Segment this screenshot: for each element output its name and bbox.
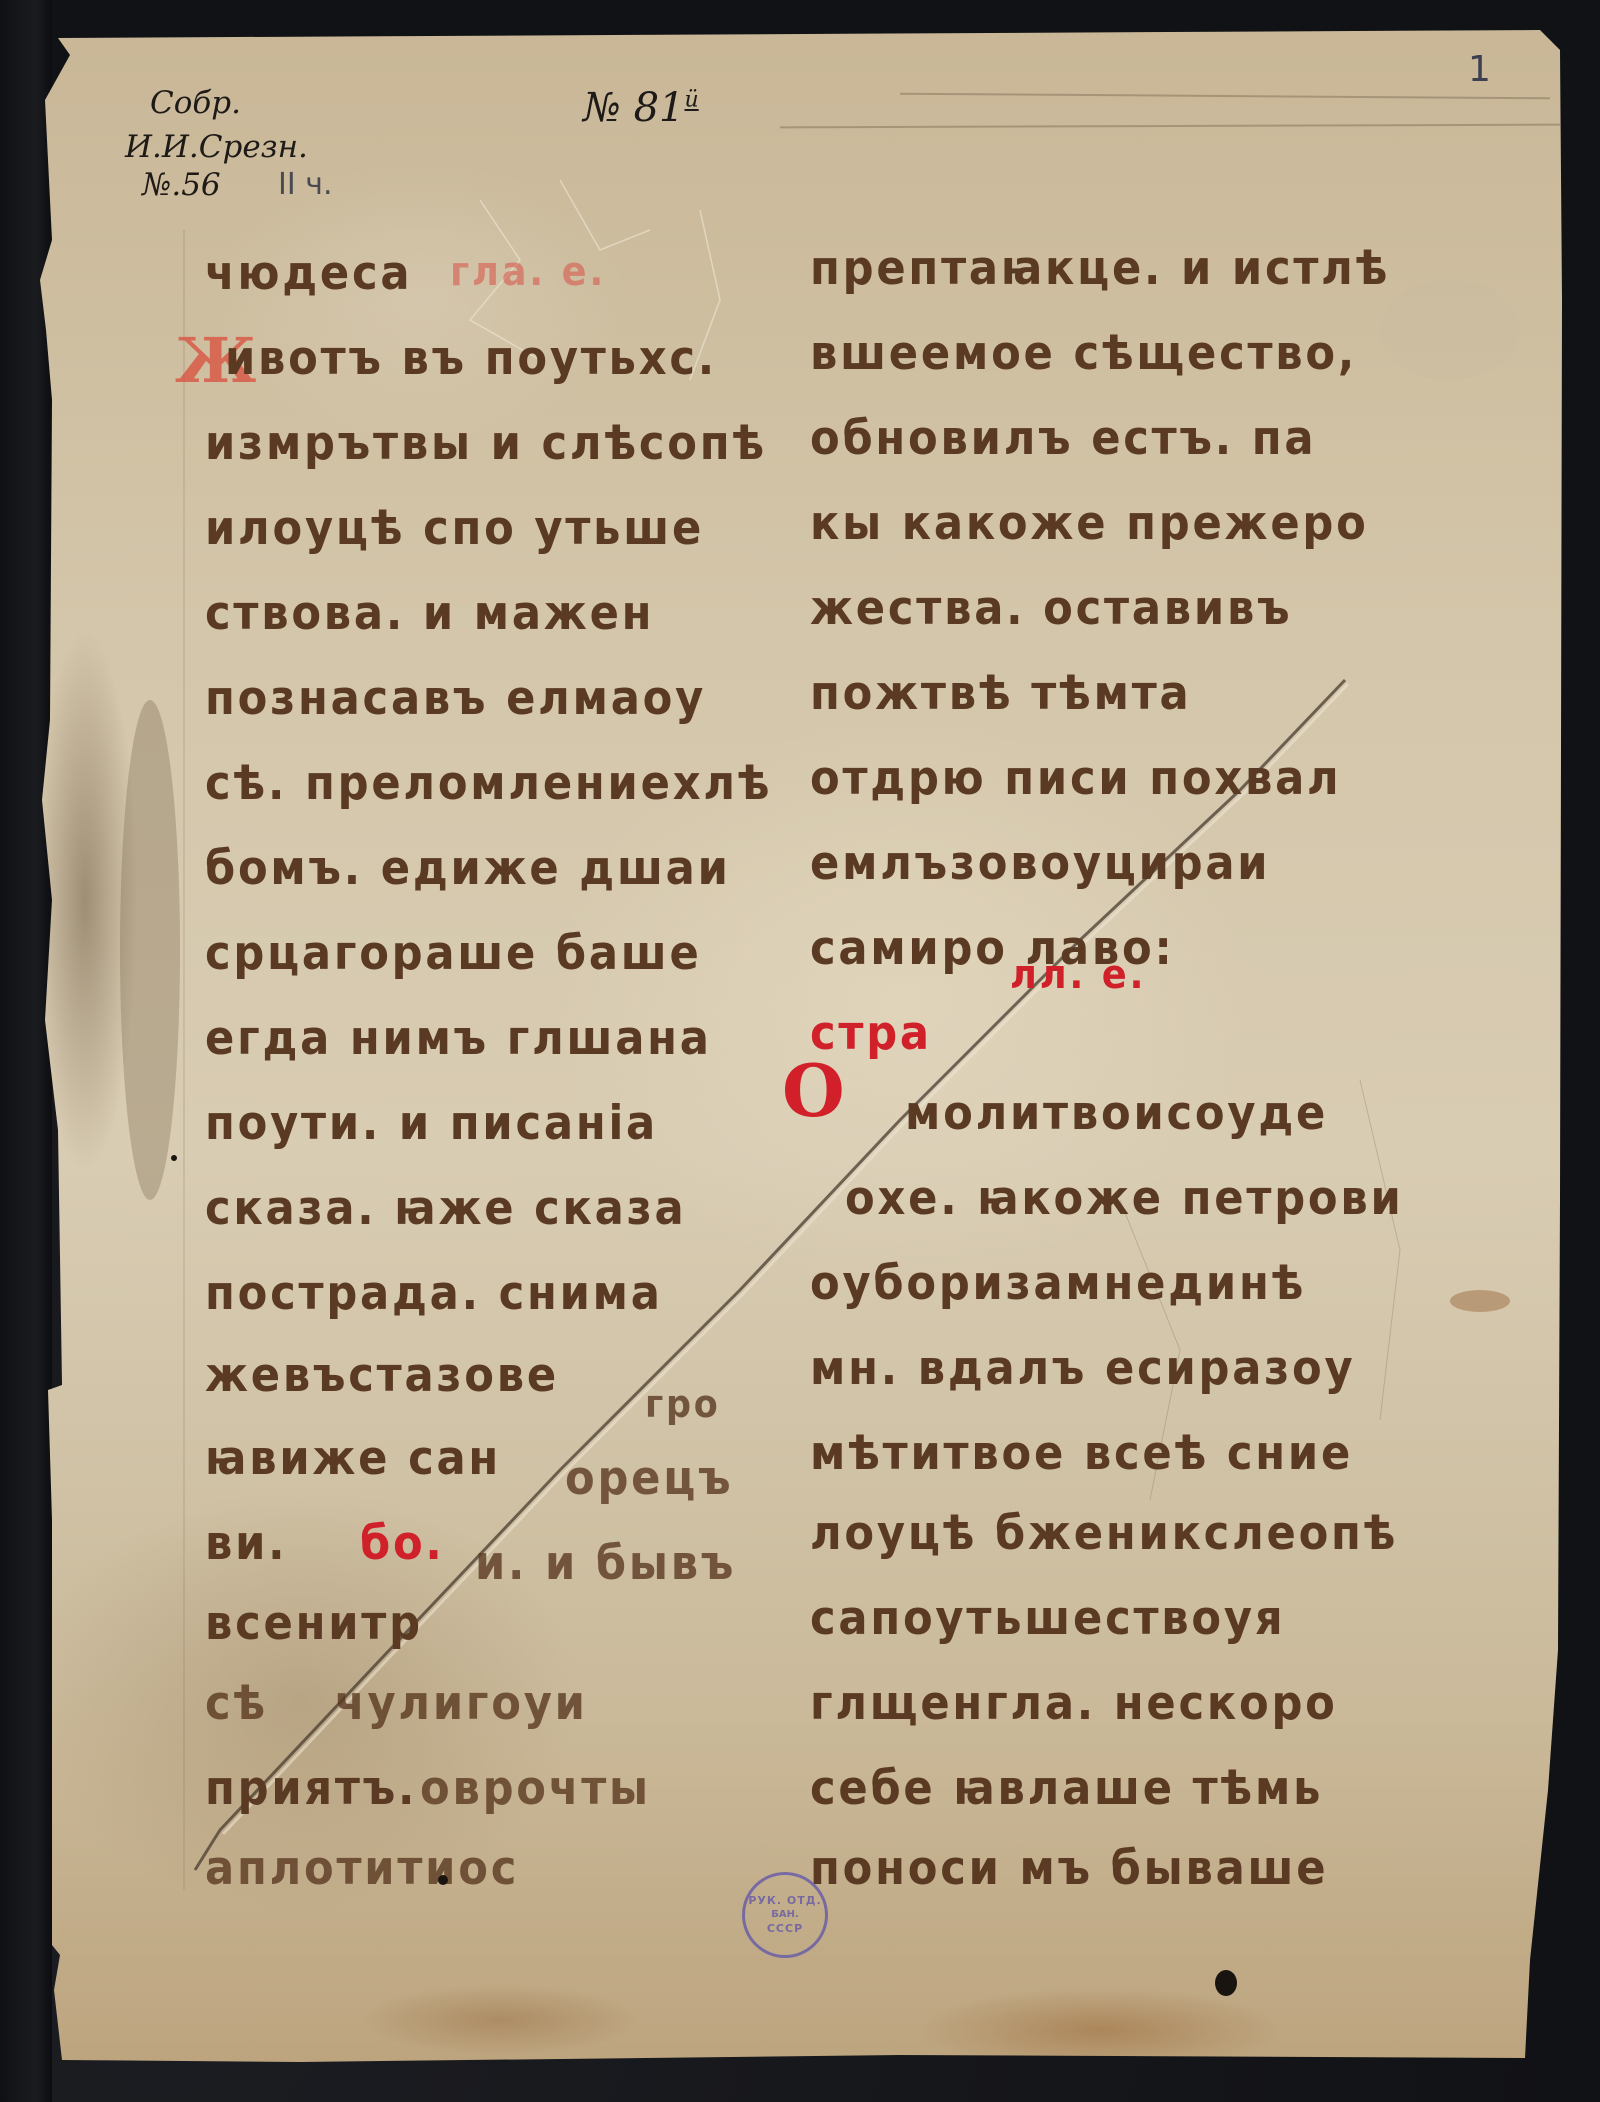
top-ruling-line <box>900 93 1550 100</box>
left-rubric-header: гла. е. <box>450 252 606 292</box>
stain <box>1450 1290 1510 1312</box>
left-line-19-fragment: оврочты <box>420 1765 651 1812</box>
right-line-17: сапоутьшествоуя <box>810 1595 1285 1642</box>
right-line-12: охе. ꙗкоже петрови <box>845 1175 1404 1222</box>
ink-blot <box>1215 1970 1237 1996</box>
right-line-14: мн. вдалъ есиразоу <box>810 1345 1355 1392</box>
right-line-20: поноси мъ бываше <box>810 1845 1328 1892</box>
right-line-11: молитвоисоуде <box>905 1090 1328 1137</box>
left-line-9: срцагораше баше <box>205 930 702 977</box>
part-mark: II ч. <box>278 170 333 200</box>
stamp-bottom-text: СССР <box>767 1923 803 1936</box>
right-line-4: кы какоже прежеро <box>810 500 1369 547</box>
right-line-2: вшеемое сѣщество, <box>810 330 1357 377</box>
item-number-text: № 81 <box>583 85 684 131</box>
left-line-6: познасавъ елмаоу <box>205 675 706 722</box>
right-line-5: жества. оставивъ <box>810 585 1292 632</box>
left-line-12: сказа. ꙗже сказа <box>205 1185 686 1232</box>
left-line-7: сѣ. преломлениехлѣ <box>205 760 772 807</box>
left-line-10: егда нимъ глшана <box>205 1015 712 1062</box>
right-line-7: отдрю писи похвал <box>810 755 1342 802</box>
left-line-13: пострада. снима <box>205 1270 663 1317</box>
right-line-1: прептаꙗкце. и истлѣ <box>810 245 1390 292</box>
stamp-middle-text: БАН. <box>771 1909 799 1921</box>
left-line-15: ꙗвиже сан <box>205 1435 501 1482</box>
ink-dot <box>171 1155 177 1161</box>
left-line-11: поути. и писанiа <box>205 1100 658 1147</box>
left-line-20: аплотитиос <box>205 1845 519 1892</box>
library-stamp: РУК. ОТД. БАН. СССР <box>742 1872 828 1958</box>
right-line-8: емлъзовоуцираи <box>810 840 1270 887</box>
right-line-16: лоуцѣ бженикслеопѣ <box>810 1510 1398 1557</box>
item-number-superscript: ӥ <box>684 88 698 113</box>
collection-mark-line2: И.И.Срезн. <box>125 132 308 163</box>
right-line-3: обновилъ естъ. па <box>810 415 1316 462</box>
left-line-15-fragment: орецъ <box>565 1455 733 1502</box>
left-inline-rubric: бо. <box>360 1520 445 1567</box>
right-line-15: мѣтитвое всеѣ сние <box>810 1430 1353 1477</box>
left-line-2: ивотъ въ поутьхс. <box>225 335 717 382</box>
folio-number: 1 <box>1468 52 1491 88</box>
stain <box>120 700 180 1200</box>
right-line-6: пожтвѣ тѣмта <box>810 670 1191 717</box>
stain <box>1380 280 1520 380</box>
left-line-1: чюдеса <box>205 250 412 297</box>
right-line-13: оуборизамнединѣ <box>810 1260 1306 1307</box>
left-line-8: бомъ. едиже дшаи <box>205 845 731 892</box>
collection-mark-line3: №.56 <box>142 170 221 201</box>
stamp-top-text: РУК. ОТД. <box>748 1895 821 1908</box>
right-line-18: глщенгла. нескоро <box>810 1680 1338 1727</box>
left-line-18: сѣ <box>205 1680 268 1727</box>
column-ruling <box>183 230 185 1890</box>
right-line-19: себе ꙗвлаше тѣмь <box>810 1765 1323 1812</box>
left-line-5: ствова. и мажен <box>205 590 654 637</box>
left-line-16: ви. <box>205 1520 287 1567</box>
collection-mark-line1: Собр. <box>150 88 241 119</box>
backdrop-edge <box>0 0 52 2102</box>
right-rubric-right: лл. е. <box>1010 955 1146 995</box>
left-line-19: приятъ. <box>205 1765 417 1812</box>
left-line-16-fragment: и. и бывъ <box>475 1540 736 1587</box>
left-line-14-fragment: гро <box>645 1385 721 1423</box>
left-line-14: жевъстазове <box>205 1352 559 1399</box>
left-line-3: измрътвы и слѣсопѣ <box>205 420 767 467</box>
top-ruling-line <box>780 124 1560 129</box>
initial-o: О <box>782 1055 845 1127</box>
left-line-4: илоуцѣ спо утьше <box>205 505 704 552</box>
left-line-18-fragment: чулигоуи <box>335 1680 588 1727</box>
item-number: № 81ӥ <box>583 88 699 128</box>
ink-dot <box>438 1875 448 1885</box>
left-line-17: всенитр <box>205 1600 423 1647</box>
